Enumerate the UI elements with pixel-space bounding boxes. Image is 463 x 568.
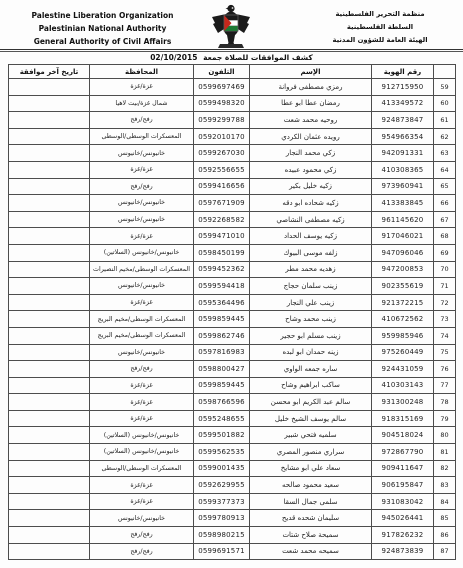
palestine-eagle-emblem-icon: [210, 3, 252, 49]
cell-governorate: خانيونس/خانيونس: [90, 278, 194, 295]
cell-governorate: خانيونس/خانيونس (السلاتين): [90, 244, 194, 261]
cell-row-number: 86: [434, 527, 456, 544]
cell-id-number: 410672562: [372, 311, 434, 328]
cell-phone: 0598766596: [194, 394, 250, 411]
col-header-name: الإسم: [250, 65, 372, 79]
cell-row-number: 80: [434, 427, 456, 444]
table-row: 69 947096046 زلفه موسى البيوك 0598450199…: [9, 244, 456, 261]
cell-phone: 0599501882: [194, 427, 250, 444]
cell-phone: 0599562535: [194, 444, 250, 461]
cell-row-number: 79: [434, 410, 456, 427]
cell-name: سميحه محمد شعت: [250, 543, 372, 560]
cell-id-number: 918315169: [372, 410, 434, 427]
cell-last-approval-date: [9, 261, 90, 278]
cell-row-number: 70: [434, 261, 456, 278]
cell-phone: 0599594418: [194, 278, 250, 295]
cell-phone: 0599416656: [194, 178, 250, 195]
table-row: 62 954966354 رويده عثمان الكردي 05920101…: [9, 128, 456, 145]
cell-id-number: 975260449: [372, 344, 434, 361]
table-row: 79 918315169 سالم يوسف الشيخ خليل 059524…: [9, 410, 456, 427]
cell-last-approval-date: [9, 493, 90, 510]
cell-row-number: 85: [434, 510, 456, 527]
cell-last-approval-date: [9, 361, 90, 378]
table-row: 64 410308365 زكي محمود عبيده 0592556655 …: [9, 161, 456, 178]
cell-id-number: 906195847: [372, 477, 434, 494]
cell-name: سعاد علي ابو مشايخ: [250, 460, 372, 477]
cell-governorate: غزة/غزة: [90, 228, 194, 245]
cell-governorate: غزة/غزة: [90, 377, 194, 394]
cell-last-approval-date: [9, 161, 90, 178]
cell-id-number: 961145620: [372, 211, 434, 228]
cell-name: زلفه موسى البيوك: [250, 244, 372, 261]
cell-id-number: 413349572: [372, 95, 434, 112]
cell-governorate: خانيونس/خانيونس (السلاتين): [90, 444, 194, 461]
cell-name: رمزي مصطفى فروانة: [250, 79, 372, 96]
cell-row-number: 61: [434, 112, 456, 129]
cell-id-number: 931300248: [372, 394, 434, 411]
cell-governorate: المعسكرات الوسطى/مخيم البريج: [90, 327, 194, 344]
cell-governorate: غزة/غزة: [90, 294, 194, 311]
cell-phone: 0597816983: [194, 344, 250, 361]
cell-name: زكيه خليل بكير: [250, 178, 372, 195]
cell-last-approval-date: [9, 427, 90, 444]
cell-phone: 0599001435: [194, 460, 250, 477]
cell-governorate: رفح/رفح: [90, 543, 194, 560]
cell-id-number: 942091331: [372, 145, 434, 162]
cell-last-approval-date: [9, 394, 90, 411]
cell-id-number: 902355619: [372, 278, 434, 295]
cell-name: رمضان عطا ابو عطا: [250, 95, 372, 112]
cell-last-approval-date: [9, 128, 90, 145]
table-row: 85 945026441 سليمان شحده قديح 0599780913…: [9, 510, 456, 527]
cell-last-approval-date: [9, 79, 90, 96]
letterhead-ar-line1: منظمة التحرير الفلسطينية: [305, 8, 455, 21]
cell-phone: 0599691571: [194, 543, 250, 560]
cell-governorate: خانيونس/خانيونس: [90, 510, 194, 527]
cell-name: زينه حمدان ابو لبده: [250, 344, 372, 361]
approvals-table: رقم الهوية الإسم التلفون المحافظة تاريخ …: [8, 64, 456, 560]
letterhead-en-line1: Palestine Liberation Organization: [10, 9, 195, 22]
cell-row-number: 78: [434, 394, 456, 411]
cell-name: زكيه يوسف الحداد: [250, 228, 372, 245]
cell-name: زينب علي النجار: [250, 294, 372, 311]
cell-governorate: خانيونس/خانيونس: [90, 344, 194, 361]
cell-last-approval-date: [9, 460, 90, 477]
cell-name: سعيد محمود صالحه: [250, 477, 372, 494]
cell-governorate: غزة/غزة: [90, 477, 194, 494]
cell-governorate: المعسكرات الوسطى/الوسطى: [90, 128, 194, 145]
cell-name: زكيه شحاده ابو دقه: [250, 195, 372, 212]
letterhead-en-line3: General Authority of Civil Affairs: [10, 35, 195, 48]
table-row: 80 904518024 سلميه فتحي شبير 0599501882 …: [9, 427, 456, 444]
sheet-date: 02/10/2015: [150, 53, 200, 62]
cell-name: ساره جمعه الواوي: [250, 361, 372, 378]
cell-id-number: 904518024: [372, 427, 434, 444]
cell-name: سالم عبد الكريم ابو محسن: [250, 394, 372, 411]
cell-phone: 0598450199: [194, 244, 250, 261]
cell-name: سلميه فتحي شبير: [250, 427, 372, 444]
cell-governorate: خانيونس/خانيونس: [90, 195, 194, 212]
cell-last-approval-date: [9, 294, 90, 311]
cell-id-number: 909411647: [372, 460, 434, 477]
cell-last-approval-date: [9, 410, 90, 427]
cell-id-number: 947096046: [372, 244, 434, 261]
cell-phone: 0595364496: [194, 294, 250, 311]
cell-id-number: 959985946: [372, 327, 434, 344]
cell-governorate: رفح/رفح: [90, 527, 194, 544]
cell-row-number: 72: [434, 294, 456, 311]
cell-name: سلمى جمال السقا: [250, 493, 372, 510]
cell-name: زكي محمد النجار: [250, 145, 372, 162]
cell-name: رويده عثمان الكردي: [250, 128, 372, 145]
cell-phone: 0599859445: [194, 311, 250, 328]
cell-phone: 0599498320: [194, 95, 250, 112]
cell-name: روحيه محمد شعت: [250, 112, 372, 129]
cell-id-number: 947200853: [372, 261, 434, 278]
cell-phone: 0595248655: [194, 410, 250, 427]
cell-governorate: غزة/غزة: [90, 493, 194, 510]
col-header-governorate: المحافظة: [90, 65, 194, 79]
cell-row-number: 65: [434, 178, 456, 195]
cell-name: سليمان شحده قديح: [250, 510, 372, 527]
cell-last-approval-date: [9, 178, 90, 195]
cell-row-number: 64: [434, 161, 456, 178]
cell-id-number: 945026441: [372, 510, 434, 527]
cell-name: سالم يوسف الشيخ خليل: [250, 410, 372, 427]
cell-row-number: 76: [434, 361, 456, 378]
cell-last-approval-date: [9, 112, 90, 129]
cell-id-number: 973960941: [372, 178, 434, 195]
table-row: 67 961145620 زكيه مصطفى النشاصي 05922685…: [9, 211, 456, 228]
table-row: 73 410672562 زينب محمد وشاح 0599859445 ا…: [9, 311, 456, 328]
table-row: 74 959985946 زينب مسلم ابو حجير 05998627…: [9, 327, 456, 344]
cell-id-number: 924873839: [372, 543, 434, 560]
cell-row-number: 59: [434, 79, 456, 96]
cell-row-number: 83: [434, 477, 456, 494]
cell-phone: 0592556655: [194, 161, 250, 178]
table-row: 65 973960941 زكيه خليل بكير 0599416656 ر…: [9, 178, 456, 195]
cell-governorate: خانيونس/خانيونس: [90, 211, 194, 228]
table-row: 59 912715950 رمزي مصطفى فروانة 059969746…: [9, 79, 456, 96]
cell-row-number: 73: [434, 311, 456, 328]
sheet-title: كشف الموافقات للصلاة جمعة 02/10/2015: [0, 53, 463, 62]
table-row: 70 947200853 زهديه محمد مطر 0599452362 ا…: [9, 261, 456, 278]
cell-phone: 0592629955: [194, 477, 250, 494]
table-row: 86 917826232 سميحة صلاح شتات 0598980215 …: [9, 527, 456, 544]
cell-last-approval-date: [9, 444, 90, 461]
cell-name: زهديه محمد مطر: [250, 261, 372, 278]
cell-name: زينب مسلم ابو حجير: [250, 327, 372, 344]
cell-phone: 0599780913: [194, 510, 250, 527]
cell-last-approval-date: [9, 344, 90, 361]
document-page: Palestine Liberation Organization Palest…: [0, 0, 463, 568]
cell-phone: 0598980215: [194, 527, 250, 544]
table-row: 60 413349572 رمضان عطا ابو عطا 059949832…: [9, 95, 456, 112]
cell-phone: 0599299788: [194, 112, 250, 129]
cell-last-approval-date: [9, 211, 90, 228]
cell-governorate: المعسكرات الوسطى/مخيم البريج: [90, 311, 194, 328]
cell-governorate: غزة/غزة: [90, 410, 194, 427]
letterhead-english: Palestine Liberation Organization Palest…: [10, 9, 195, 48]
letterhead-ar-line2: السلطة الفلسطينية: [305, 21, 455, 34]
cell-name: ساكب ابراهيم وشاح: [250, 377, 372, 394]
cell-governorate: رفح/رفح: [90, 361, 194, 378]
cell-id-number: 924431059: [372, 361, 434, 378]
letterhead-en-line2: Palestinian National Authority: [10, 22, 195, 35]
cell-last-approval-date: [9, 477, 90, 494]
cell-last-approval-date: [9, 278, 90, 295]
cell-name: زينب محمد وشاح: [250, 311, 372, 328]
cell-name: سميحة صلاح شتات: [250, 527, 372, 544]
cell-id-number: 954966354: [372, 128, 434, 145]
table-row: 81 972867790 سراري منصور المصري 05995625…: [9, 444, 456, 461]
cell-last-approval-date: [9, 327, 90, 344]
cell-row-number: 77: [434, 377, 456, 394]
table-row: 82 909411647 سعاد علي ابو مشايخ 05990014…: [9, 460, 456, 477]
cell-id-number: 413383845: [372, 195, 434, 212]
col-header-phone: التلفون: [194, 65, 250, 79]
cell-id-number: 972867790: [372, 444, 434, 461]
cell-row-number: 60: [434, 95, 456, 112]
cell-id-number: 931083042: [372, 493, 434, 510]
table-row: 78 931300248 سالم عبد الكريم ابو محسن 05…: [9, 394, 456, 411]
col-header-row-number: [434, 65, 456, 79]
cell-governorate: رفح/رفح: [90, 112, 194, 129]
cell-id-number: 410308365: [372, 161, 434, 178]
cell-phone: 0598800427: [194, 361, 250, 378]
cell-phone: 0597671909: [194, 195, 250, 212]
cell-governorate: رفح/رفح: [90, 178, 194, 195]
cell-name: سراري منصور المصري: [250, 444, 372, 461]
letterhead-ar-line3: الهيئة العامة للشؤون المدنية: [305, 34, 455, 47]
cell-row-number: 62: [434, 128, 456, 145]
table-row: 72 921372215 زينب علي النجار 0595364496 …: [9, 294, 456, 311]
letterhead-arabic: منظمة التحرير الفلسطينية السلطة الفلسطين…: [305, 8, 455, 47]
cell-phone: 0599862746: [194, 327, 250, 344]
cell-name: زكي محمود عبيده: [250, 161, 372, 178]
table-row: 77 410303143 ساكب ابراهيم وشاح 059985944…: [9, 377, 456, 394]
cell-phone: 0599697469: [194, 79, 250, 96]
table-row: 76 924431059 ساره جمعه الواوي 0598800427…: [9, 361, 456, 378]
table-row: 87 924873839 سميحه محمد شعت 0599691571 ر…: [9, 543, 456, 560]
cell-row-number: 69: [434, 244, 456, 261]
cell-phone: 0592010170: [194, 128, 250, 145]
cell-phone: 0599471010: [194, 228, 250, 245]
cell-governorate: غزة/غزة: [90, 161, 194, 178]
table-row: 61 924873847 روحيه محمد شعت 0599299788 ر…: [9, 112, 456, 129]
cell-last-approval-date: [9, 145, 90, 162]
cell-last-approval-date: [9, 543, 90, 560]
cell-last-approval-date: [9, 95, 90, 112]
cell-phone: 0599452362: [194, 261, 250, 278]
cell-row-number: 68: [434, 228, 456, 245]
table-row: 71 902355619 زينب سلمان حجاج 0599594418 …: [9, 278, 456, 295]
cell-id-number: 924873847: [372, 112, 434, 129]
cell-row-number: 82: [434, 460, 456, 477]
cell-governorate: غزة/غزة: [90, 394, 194, 411]
cell-name: زينب سلمان حجاج: [250, 278, 372, 295]
cell-last-approval-date: [9, 377, 90, 394]
sheet-title-text: كشف الموافقات للصلاة جمعة: [203, 53, 313, 62]
cell-row-number: 74: [434, 327, 456, 344]
cell-row-number: 63: [434, 145, 456, 162]
cell-last-approval-date: [9, 244, 90, 261]
table-row: 84 931083042 سلمى جمال السقا 0599377373 …: [9, 493, 456, 510]
table-row: 63 942091331 زكي محمد النجار 0599267030 …: [9, 145, 456, 162]
col-header-last-approval-date: تاريخ آخر موافقة: [9, 65, 90, 79]
cell-last-approval-date: [9, 527, 90, 544]
cell-governorate: غزة/غزة: [90, 79, 194, 96]
cell-last-approval-date: [9, 510, 90, 527]
table-row: 66 413383845 زكيه شحاده ابو دقه 05976719…: [9, 195, 456, 212]
cell-row-number: 81: [434, 444, 456, 461]
cell-row-number: 67: [434, 211, 456, 228]
cell-governorate: المعسكرات الوسطى/الوسطى: [90, 460, 194, 477]
cell-last-approval-date: [9, 311, 90, 328]
cell-governorate: خانيونس/خانيونس (السلاتين): [90, 427, 194, 444]
cell-governorate: المعسكرات الوسطى/مخيم النصيرات: [90, 261, 194, 278]
cell-id-number: 410303143: [372, 377, 434, 394]
table-body: 59 912715950 رمزي مصطفى فروانة 059969746…: [9, 79, 456, 560]
table-row: 68 917046021 زكيه يوسف الحداد 0599471010…: [9, 228, 456, 245]
cell-row-number: 75: [434, 344, 456, 361]
cell-name: زكيه مصطفى النشاصي: [250, 211, 372, 228]
table-header-row: رقم الهوية الإسم التلفون المحافظة تاريخ …: [9, 65, 456, 79]
cell-governorate: خانيونس/خانيونس: [90, 145, 194, 162]
cell-row-number: 84: [434, 493, 456, 510]
cell-row-number: 87: [434, 543, 456, 560]
cell-row-number: 71: [434, 278, 456, 295]
cell-row-number: 66: [434, 195, 456, 212]
header-divider: [0, 49, 463, 52]
cell-phone: 0599267030: [194, 145, 250, 162]
table-row: 75 975260449 زينه حمدان ابو لبده 0597816…: [9, 344, 456, 361]
table-row: 83 906195847 سعيد محمود صالحه 0592629955…: [9, 477, 456, 494]
cell-phone: 0592268582: [194, 211, 250, 228]
col-header-id-number: رقم الهوية: [372, 65, 434, 79]
cell-last-approval-date: [9, 228, 90, 245]
cell-phone: 0599859445: [194, 377, 250, 394]
cell-governorate: شمال غزة/بيت لاهيا: [90, 95, 194, 112]
cell-id-number: 917826232: [372, 527, 434, 544]
cell-id-number: 921372215: [372, 294, 434, 311]
cell-phone: 0599377373: [194, 493, 250, 510]
cell-id-number: 917046021: [372, 228, 434, 245]
cell-last-approval-date: [9, 195, 90, 212]
cell-id-number: 912715950: [372, 79, 434, 96]
